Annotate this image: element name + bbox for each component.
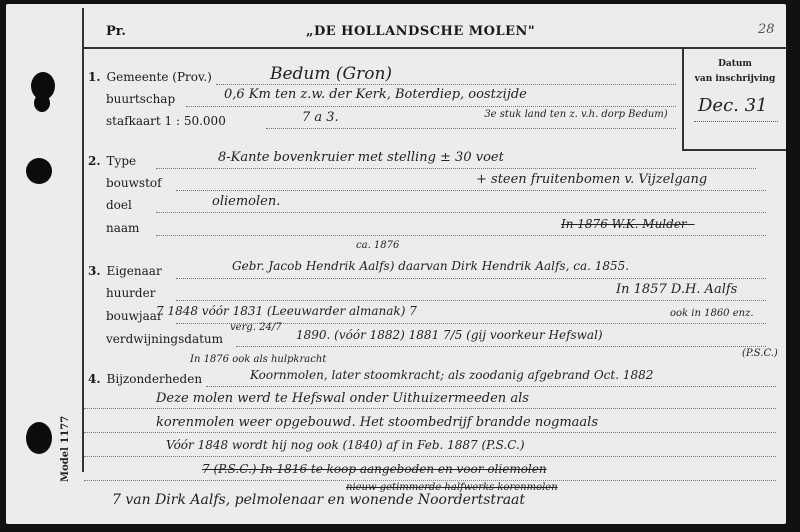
doel-value: oliemolen. <box>212 194 280 209</box>
dotted-line <box>176 190 766 191</box>
dotted-line <box>84 432 776 433</box>
model-label: Model 1177 <box>60 416 71 482</box>
registration-label-2: van inschrijving <box>684 74 786 84</box>
doel-label: doel <box>106 198 132 212</box>
registration-label-1: Datum <box>684 59 786 69</box>
section1-gemeente-label: 1.Gemeente (Prov.) <box>88 70 212 84</box>
bouwjaar-note-right: ook in 1860 enz. <box>670 308 754 319</box>
index-card: Model 1177 Pr. „DE HOLLANDSCHE MOLEN" 28… <box>6 4 786 524</box>
dotted-line <box>156 235 766 236</box>
bouwjaar-note: verg. 24/7 <box>230 322 282 333</box>
dotted-line <box>176 300 766 301</box>
bijzonderheden-note: In 1876 ook als hulpkracht <box>190 354 326 365</box>
margin-rule <box>82 8 84 472</box>
header-prefix: Pr. <box>106 24 126 39</box>
bijzonderheden-label: 4.Bijzonderheden <box>88 372 202 386</box>
eigenaar-note: ca. 1876 <box>356 240 399 251</box>
naam-value: In 1876 W.K. Mulder - <box>561 217 695 231</box>
dotted-line <box>216 84 676 85</box>
dotted-line <box>156 212 766 213</box>
bouwjaar-value: 7 1848 vóór 1831 (Leeuwarder almanak) 7 <box>156 304 417 318</box>
bijzonderheden-line-2: Deze molen werd te Hefswal onder Uithuiz… <box>156 391 529 406</box>
header-rule <box>84 47 786 49</box>
bijzonderheden-line-1: Koornmolen, later stoomkracht; als zooda… <box>250 368 653 382</box>
dotted-line <box>156 168 756 169</box>
type-value: 8-Kante bovenkruier met stelling ± 30 vo… <box>218 150 504 165</box>
buurtschap-label: buurtschap <box>106 92 175 106</box>
huurder-label: huurder <box>106 286 155 300</box>
punch-hole-icon <box>26 422 52 454</box>
verdwijningsdatum-label: verdwijningsdatum <box>106 332 223 346</box>
header-title: „DE HOLLANDSCHE MOLEN" <box>306 24 535 39</box>
punch-hole-icon <box>26 158 52 184</box>
verdwijningsdatum-note: (P.S.C.) <box>742 348 778 359</box>
stafkaart-label: stafkaart 1 : 50.000 <box>106 114 226 128</box>
naam-label: naam <box>106 221 139 235</box>
punch-hole-icon <box>34 94 50 112</box>
bouwstof-label: bouwstof <box>106 176 162 190</box>
dotted-line <box>186 106 676 107</box>
eigenaar-value: Gebr. Jacob Hendrik Aalfs) daarvan Dirk … <box>232 259 629 273</box>
registration-box: Datum van inschrijving Dec. 31 <box>682 47 786 151</box>
bijzonderheden-line-6: 7 van Dirk Aalfs, pelmolenaar en wonende… <box>112 492 525 508</box>
bijzonderheden-line-4: Vóór 1848 wordt hij nog ook (1840) af in… <box>166 438 525 452</box>
dotted-line <box>236 346 766 347</box>
dotted-line <box>84 408 776 409</box>
buurtschap-value: 0,6 Km ten z.w. der Kerk, Boterdiep, oos… <box>224 87 527 102</box>
dotted-line <box>176 278 766 279</box>
verdwijningsdatum-value: 1890. (vóór 1882) 1881 7/5 (gij voorkeur… <box>296 328 603 342</box>
type-label: 2.Type <box>88 154 136 168</box>
card-number: 28 <box>758 22 775 37</box>
registration-date: Dec. 31 <box>698 95 768 116</box>
dotted-line <box>694 121 778 122</box>
dotted-line <box>206 386 776 387</box>
huurder-value: In 1857 D.H. Aalfs <box>616 282 737 297</box>
bouwstof-value: + steen fruitenbomen v. Vijzelgang <box>476 172 707 187</box>
dotted-line <box>84 456 776 457</box>
bijzonderheden-line-5: 7 (P.S.C.) In 1816 te koop aangeboden en… <box>202 462 547 476</box>
bouwjaar-label: bouwjaar <box>106 309 163 323</box>
bijzonderheden-line-3: korenmolen weer opgebouwd. Het stoombedr… <box>156 415 598 430</box>
stafkaart-value: 7 a 3. <box>302 110 339 125</box>
eigenaar-label: 3.Eigenaar <box>88 264 162 278</box>
stafkaart-note: 3e stuk land ten z. v.h. dorp Bedum) <box>476 108 676 121</box>
dotted-line <box>266 128 676 129</box>
dotted-line <box>84 480 776 481</box>
gemeente-value: Bedum (Gron) <box>270 64 392 84</box>
